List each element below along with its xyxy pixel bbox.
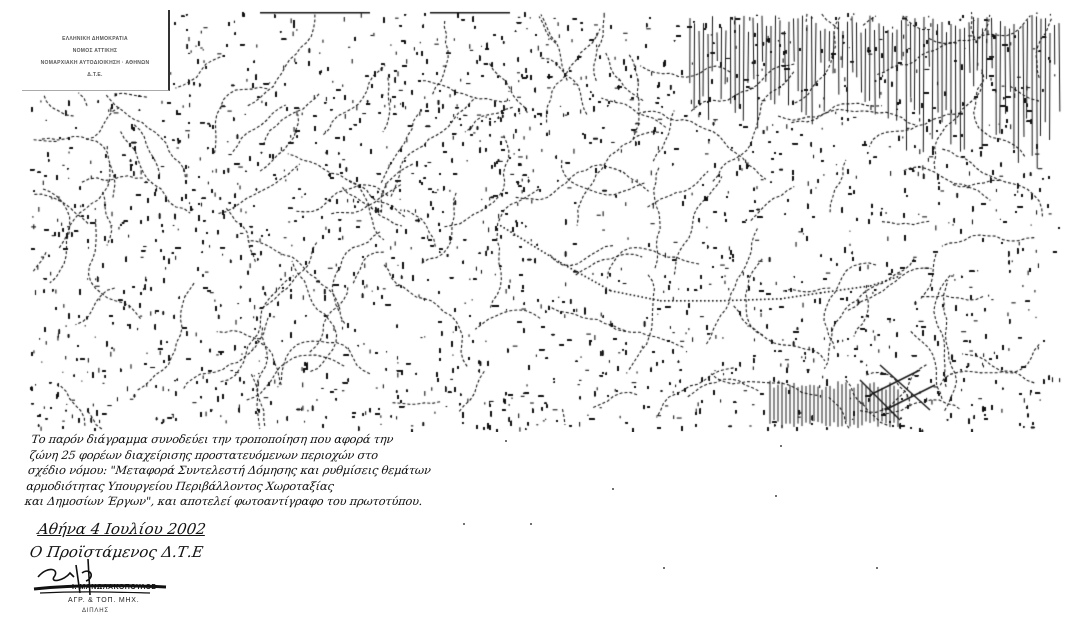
note-line: αρμοδιότητας Υπουργείου Περιβάλλοντος Χω…: [26, 479, 468, 495]
scan-speck: [780, 445, 782, 447]
note-line: ζώνη 25 φορέων διαχείρισης προστατευόμεν…: [29, 448, 471, 464]
scan-speck: [463, 523, 465, 525]
signatory-role: ΑΓΡ. & ΤΟΠ. ΜΗΧ.: [68, 597, 140, 604]
scan-speck: [876, 567, 878, 569]
scan-speck: [612, 488, 614, 490]
scan-speck: [663, 567, 665, 569]
stamp-line: ΝΟΜΟΣ ΑΤΤΙΚΗΣ: [22, 48, 168, 54]
scan-speck: [505, 440, 507, 442]
stamp-line: ΝΟΜΑΡΧΙΑΚΗ ΑΥΤΟΔΙΟΙΚΗΣΗ · ΑΘΗΝΩΝ: [22, 60, 168, 66]
stamp-line: ΕΛΛΗΝΙΚΗ ΔΗΜΟΚΡΑΤΙΑ: [22, 36, 168, 42]
note-line: και Δημοσίων Έργων", και αποτελεί φωτοαν…: [24, 494, 466, 510]
signatory-name: Ι. ΜΑΝΩΛΑΚΟΠΟΥΛΟΣ: [72, 584, 156, 591]
note-line: σχέδιο νόμου: "Μεταφορά Συντελεστή Δόμησ…: [27, 463, 469, 479]
place-date: Αθήνα 4 Ιουλίου 2002: [37, 520, 207, 538]
scan-speck: [530, 523, 532, 525]
note-line: Το παρόν διάγραμμα συνοδεύει την τροποπο…: [30, 432, 472, 448]
signatory-role-detail: ΔΙΠΛΗΣ: [82, 608, 109, 614]
handwritten-note: Το παρόν διάγραμμα συνοδεύει την τροποπο…: [24, 432, 472, 510]
scan-speck: [775, 495, 777, 497]
office-stamp: ΕΛΛΗΝΙΚΗ ΔΗΜΟΚΡΑΤΙΑ ΝΟΜΟΣ ΑΤΤΙΚΗΣ ΝΟΜΑΡΧ…: [22, 10, 170, 91]
stamp-line: Δ.Τ.Ε.: [22, 72, 168, 78]
